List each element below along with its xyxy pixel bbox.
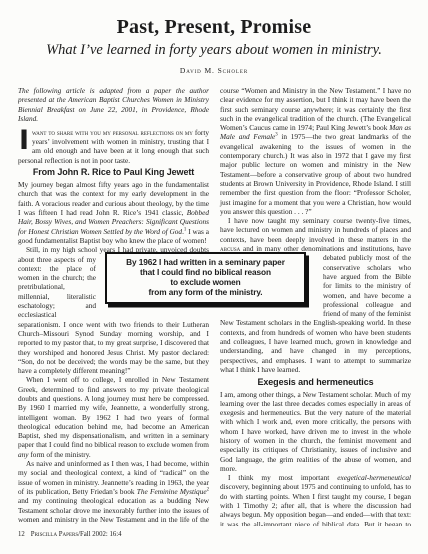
author-byline: David M. Scholer [0, 66, 428, 75]
body-paragraph: I think my most important exegetical-her… [220, 473, 411, 526]
left-column: The following article is adapted from a … [18, 86, 209, 526]
body-paragraph: When I went off to college, I enrolled i… [18, 375, 209, 459]
body-paragraph: course “Women and Ministry in the New Te… [220, 86, 411, 216]
body-paragraph: As naive and uninformed as I then was, I… [18, 459, 209, 526]
article-title: Past, Present, Promise [0, 16, 428, 39]
article-body: The following article is adapted from a … [18, 86, 411, 526]
article-subtitle: What I’ve learned in forty years about w… [0, 42, 428, 59]
body-paragraph: My journey began almost fifty years ago … [18, 180, 209, 245]
opening-paragraph: Iwant to share with you my personal refl… [18, 128, 209, 165]
page-number: 12 [18, 531, 25, 538]
right-column: course “Women and Ministry in the New Te… [220, 86, 411, 526]
opening-text: want to share with you my personal refle… [18, 128, 209, 165]
journal-article-page: Past, Present, Promise What I’ve learned… [0, 0, 428, 554]
pull-quote-line: from any form of the ministry. [110, 288, 301, 298]
section-heading-rice-to-jewett: From John R. Rice to Paul King Jewett [18, 168, 209, 177]
article-header: Past, Present, Promise What I’ve learned… [0, 16, 428, 75]
drop-cap: I [18, 128, 32, 152]
journal-citation: Priscilla Papers/Fall 2002: 16:4 [31, 531, 122, 538]
section-heading-exegesis: Exegesis and hermeneutics [220, 378, 411, 387]
pull-quote-box: By 1962 I had written in a seminary pape… [105, 252, 306, 304]
page-footer: 12Priscilla Papers/Fall 2002: 16:4 [18, 531, 122, 538]
editorial-note: The following article is adapted from a … [18, 86, 209, 123]
body-paragraph: I am, among other things, a New Testamen… [220, 390, 411, 474]
